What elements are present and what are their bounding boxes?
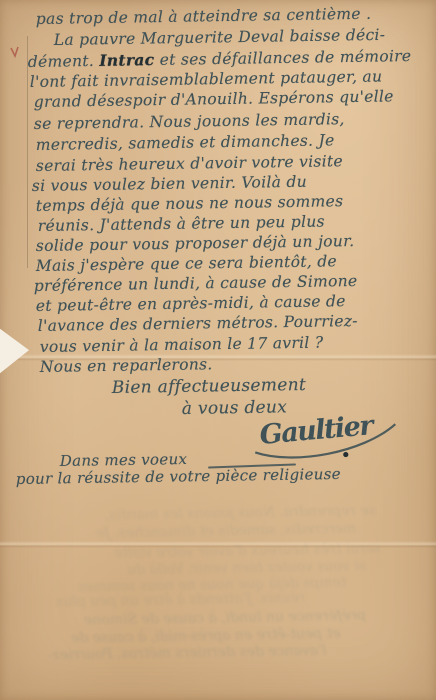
emphasized-name: Intrac xyxy=(99,50,154,70)
bleedthrough-line: réunis. J'attends à être un peu plus xyxy=(56,590,306,610)
letter-page: pas trop de mal à atteindre sa centième … xyxy=(0,0,436,700)
letter-line: se reprendra. Nous jouons les mardis, xyxy=(34,110,345,133)
letter-line: solide pour vous proposer déjà un jour. xyxy=(36,232,355,255)
line-segment: et ses défaillances de mémoire xyxy=(154,47,411,69)
letter-line: Nous en reparlerons. xyxy=(40,355,213,376)
paper-tear xyxy=(0,328,29,374)
letter-line: réunis. J'attends à être un peu plus xyxy=(38,212,325,235)
bleedthrough-line: mercredis, samedis et dimanches. Je xyxy=(96,521,357,542)
signature-flourish: Gaultier xyxy=(244,397,414,473)
letter-line: préférence un lundi, à cause de Simone xyxy=(34,272,358,295)
letter-line: temps déjà que nous ne nous sommes xyxy=(36,192,344,215)
letter-line: La pauvre Marguerite Deval baisse déci- xyxy=(54,26,386,49)
letter-line: Mais j'espère que ce sera bientôt, de xyxy=(36,252,337,275)
closing-line: Bien affectueusement xyxy=(112,375,306,398)
letter-line: et peut-être en après-midi, à cause de xyxy=(36,292,346,315)
letter-line: serai très heureux d'avoir votre visite xyxy=(36,152,343,175)
signature: Gaultier xyxy=(244,397,414,473)
postscript-line: pour la réussite de votre pièce religieu… xyxy=(16,465,341,488)
letter-line: mercredis, samedis et dimanches. Je xyxy=(36,131,335,154)
red-ink-mark xyxy=(8,44,24,60)
letter-line: pas trop de mal à atteindre sa centième … xyxy=(36,5,372,28)
line-segment: dément. xyxy=(28,52,100,71)
letter-line: l'avance des derniers métros. Pourriez- xyxy=(38,312,358,335)
letter-line: vous venir à la maison le 17 avril ? xyxy=(40,334,324,356)
letter-line: si vous voulez bien venir. Voilà du xyxy=(32,173,307,195)
letter-line: grand désespoir d'Anouilh. Espérons qu'e… xyxy=(34,87,394,111)
